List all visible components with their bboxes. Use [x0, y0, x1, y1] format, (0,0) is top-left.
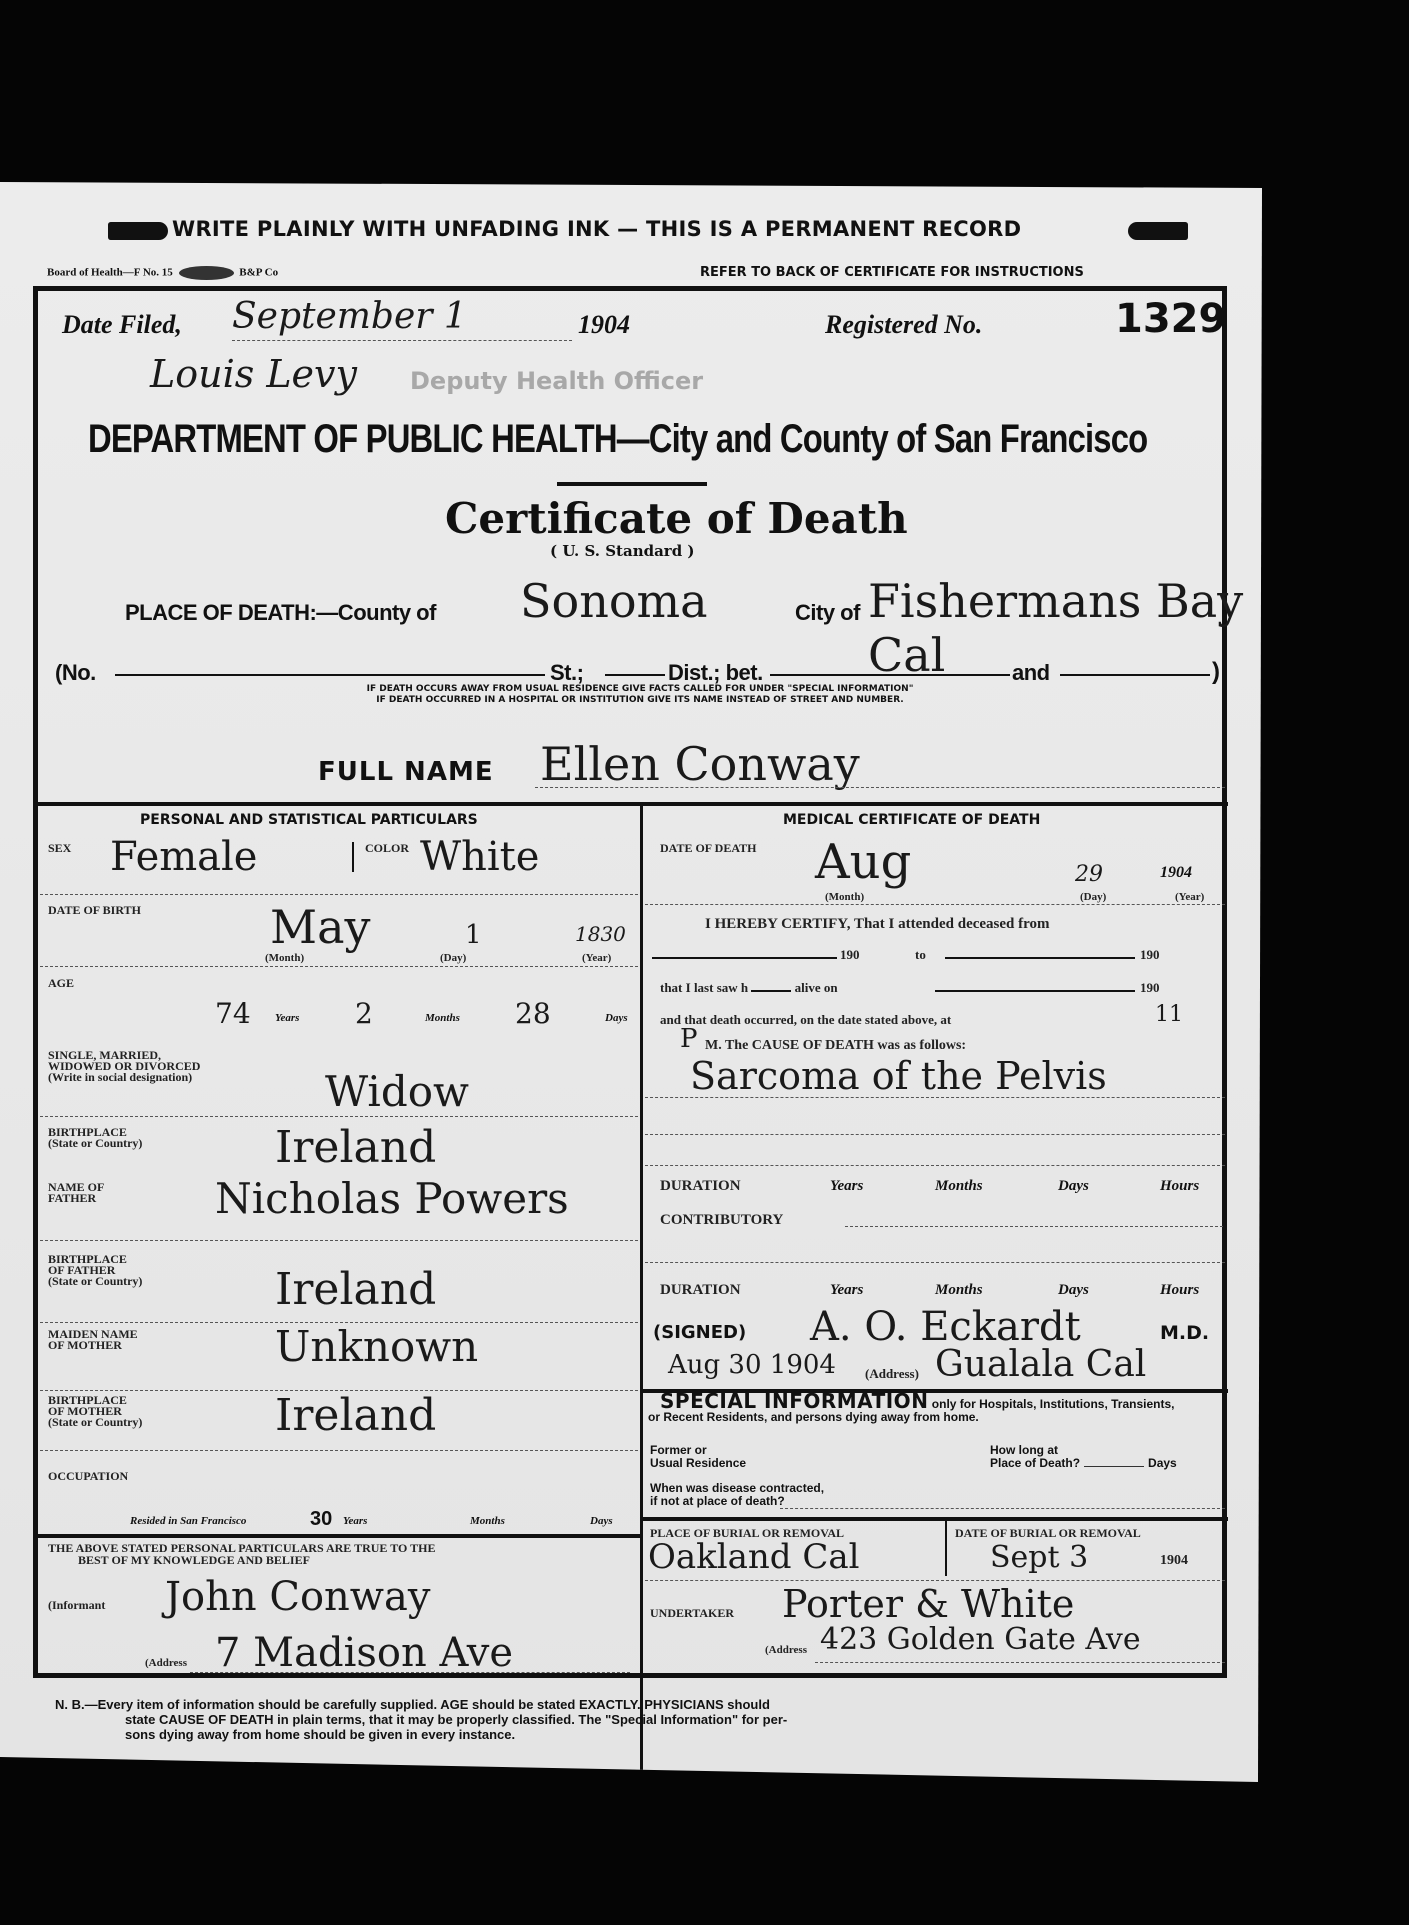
dob-label: DATE OF BIRTH: [48, 904, 141, 916]
father-birthplace-value: Ireland: [275, 1264, 436, 1315]
dod-label: DATE OF DEATH: [660, 842, 756, 854]
dob-month: May: [270, 900, 371, 954]
sex-label: SEX: [48, 842, 71, 854]
personal-heading: PERSONAL AND STATISTICAL PARTICULARS: [140, 812, 478, 828]
date-filed-year: 1904: [578, 310, 630, 340]
time-of-death: 11: [1155, 1002, 1183, 1027]
marital-label-line: (Write in social designation): [48, 1072, 200, 1083]
physician-address: Gualala Cal: [935, 1344, 1146, 1385]
special-info-note: only for Hospitals, Institutions, Transi…: [932, 1397, 1175, 1411]
standard-note: ( U. S. Standard ): [550, 542, 695, 560]
contributory-label: CONTRIBUTORY: [660, 1214, 783, 1226]
mother-name-label: MAIDEN NAME OF MOTHER: [48, 1329, 138, 1351]
full-name-label: FULL NAME: [318, 757, 494, 787]
meridiem: P: [680, 1024, 698, 1054]
footnote-line-2: state CAUSE OF DEATH in plain terms, tha…: [55, 1712, 1155, 1727]
undertaker-label: UNDERTAKER: [650, 1607, 734, 1619]
how-long-days: Days: [1148, 1456, 1177, 1470]
signed-date: Aug 30 1904: [668, 1350, 836, 1380]
officer-title: Deputy Health Officer: [410, 367, 703, 395]
father-label: NAME OF FATHER: [48, 1182, 104, 1204]
informant-label: (Informant: [48, 1599, 105, 1611]
footnote-line-1: Every item of information should be care…: [98, 1697, 770, 1712]
statement-line: BEST OF MY KNOWLEDGE AND BELIEF: [48, 1554, 435, 1566]
registered-number: 1329: [1115, 296, 1226, 342]
year-caption: (Year): [582, 952, 611, 964]
contracted-line: if not at place of death?: [650, 1495, 824, 1508]
duration-2-hours: Hours: [1160, 1282, 1199, 1299]
city-label: City of: [795, 600, 860, 626]
duration-label: DURATION: [660, 1180, 741, 1192]
undertaker-address-label: (Address: [765, 1644, 807, 1656]
duration-2-months: Months: [935, 1282, 983, 1299]
pointing-hand-right-icon: [1128, 222, 1188, 240]
footnote-prefix: N. B.—: [55, 1697, 98, 1712]
pointing-hand-left-icon: [108, 222, 168, 240]
dod-year-caption: (Year): [1175, 891, 1204, 903]
former-residence-label: Former or Usual Residence: [650, 1444, 746, 1470]
to-label: to: [915, 949, 926, 961]
dob-year: 1830: [575, 922, 626, 946]
birthplace-label-line: (State or Country): [48, 1138, 142, 1149]
informant-address-label: (Address: [145, 1657, 187, 1669]
form-number: Board of Health—F No. 15: [47, 267, 173, 279]
burial-date-value: Sept 3: [990, 1540, 1088, 1575]
how-long-line: Place of Death?Days: [990, 1457, 1177, 1470]
duration-months: Months: [935, 1178, 983, 1195]
cause-label: M. The CAUSE OF DEATH was as follows:: [705, 1040, 966, 1052]
footnote: N. B.—Every item of information should b…: [55, 1697, 1155, 1742]
district-label: Dist.; bet.: [668, 660, 763, 686]
date-filed-value: September 1: [232, 296, 467, 337]
color-value: White: [420, 834, 539, 880]
mother-birthplace-label: BIRTHPLACE OF MOTHER (State or Country): [48, 1395, 142, 1428]
seal-icon: [179, 266, 234, 280]
disease-contracted-label: When was disease contracted, if not at p…: [650, 1482, 824, 1508]
birthplace-label: BIRTHPLACE (State or Country): [48, 1127, 142, 1149]
marital-label: SINGLE, MARRIED, WIDOWED OR DIVORCED (Wr…: [48, 1050, 200, 1083]
informant-address: 7 Madison Ave: [215, 1630, 513, 1676]
age-months: 2: [355, 997, 373, 1030]
age-days-caption: Days: [605, 1012, 628, 1024]
mother-label-line: OF MOTHER: [48, 1340, 138, 1351]
mother-bp-label-line: (State or Country): [48, 1417, 142, 1428]
last-saw-text: that I last saw h: [660, 980, 748, 995]
last-saw-label: that I last saw h alive on: [660, 982, 838, 994]
city-value: Fishermans Bay Cal: [868, 574, 1262, 682]
county-value: Sonoma: [520, 574, 708, 628]
officer-signature: Louis Levy: [150, 352, 357, 396]
sex-value: Female: [110, 834, 257, 880]
form-id: Board of Health—F No. 15 B&P Co: [47, 266, 278, 280]
from-year-prefix: 190: [840, 949, 860, 961]
undertaker-address: 423 Golden Gate Ave: [820, 1622, 1141, 1657]
burial-date-label: DATE of BURIAL or REMOVAL: [955, 1527, 1141, 1539]
cause-value: Sarcoma of the Pelvis: [690, 1054, 1107, 1098]
dob-day: 1: [465, 920, 482, 950]
father-value: Nicholas Powers: [215, 1174, 569, 1223]
age-days: 28: [515, 997, 551, 1030]
dod-day: 29: [1075, 862, 1103, 887]
birthplace-value: Ireland: [275, 1122, 436, 1173]
street-label: St.;: [550, 660, 583, 686]
age-label: AGE: [48, 977, 74, 989]
duration-2-years: Years: [830, 1282, 863, 1299]
md-label: M.D.: [1160, 1322, 1209, 1344]
printer-name: B&P Co: [239, 267, 278, 279]
how-long-text: Place of Death?: [990, 1456, 1080, 1470]
footnote-line: N. B.—Every item of information should b…: [55, 1697, 1155, 1712]
mother-name-value: Unknown: [275, 1322, 478, 1371]
dod-day-caption: (Day): [1080, 891, 1106, 903]
place-of-death-label: PLACE OF DEATH:—County of: [125, 600, 436, 626]
resided-years: 30: [310, 1508, 332, 1531]
instructions-note: REFER TO BACK OF CERTIFICATE FOR INSTRUC…: [700, 265, 1084, 280]
resided-days-caption: Days: [590, 1515, 613, 1527]
physician-address-label: (Address): [865, 1368, 919, 1380]
special-info-header: SPECIAL INFORMATION only for Hospitals, …: [660, 1395, 1220, 1424]
special-info-note-2: or Recent Residents, and persons dying a…: [648, 1411, 1220, 1424]
full-name-value: Ellen Conway: [540, 737, 860, 791]
occupation-label: OCCUPATION: [48, 1470, 128, 1482]
duration-hours: Hours: [1160, 1178, 1199, 1195]
color-label: COLOR: [365, 842, 409, 854]
note-line-1: IF DEATH OCCURS AWAY FROM USUAL RESIDENC…: [195, 684, 1085, 695]
undertaker-value: Porter & White: [782, 1582, 1074, 1626]
father-label-line: FATHER: [48, 1193, 104, 1204]
informant-name: John Conway: [165, 1574, 431, 1620]
footnote-line-3: sons dying away from home should be give…: [55, 1727, 1155, 1742]
dod-month-caption: (Month): [825, 891, 864, 903]
to-year-prefix: 190: [1140, 949, 1160, 961]
informant-statement: THE ABOVE STATED PERSONAL PARTICULARS AR…: [48, 1542, 435, 1566]
duration-years: Years: [830, 1178, 863, 1195]
duration-days: Days: [1058, 1178, 1089, 1195]
certificate-title: Certificate of Death: [445, 494, 908, 543]
occurred-label: and that death occurred, on the date sta…: [660, 1014, 951, 1026]
street-no-label: (No.: [55, 660, 96, 686]
dod-month: Aug: [815, 834, 911, 890]
and-label: and: [1012, 660, 1050, 686]
how-long-label: How long at Place of Death?Days: [990, 1444, 1177, 1470]
alive-on-text: alive on: [795, 980, 838, 995]
father-bp-label-line: (State or Country): [48, 1276, 142, 1287]
burial-place-value: Oakland Cal: [648, 1537, 860, 1577]
marital-value: Widow: [325, 1067, 469, 1116]
resided-label: Resided in San Francisco: [130, 1515, 246, 1527]
duration-2-days: Days: [1058, 1282, 1089, 1299]
age-years: 74: [215, 997, 251, 1030]
month-caption: (Month): [265, 952, 304, 964]
day-caption: (Day): [440, 952, 466, 964]
residence-note: IF DEATH OCCURS AWAY FROM USUAL RESIDENC…: [195, 684, 1085, 706]
resided-years-caption: Years: [343, 1515, 367, 1527]
burial-year: 1904: [1160, 1555, 1188, 1567]
last-saw-year-prefix: 190: [1140, 982, 1160, 994]
date-filed-label: Date Filed,: [62, 310, 182, 340]
department-title: DEPARTMENT OF PUBLIC HEALTH—City and Cou…: [88, 417, 1147, 462]
note-line-2: IF DEATH OCCURRED IN A HOSPITAL OR INSTI…: [195, 695, 1085, 706]
former-label-line: Usual Residence: [650, 1457, 746, 1470]
certify-statement: I HEREBY CERTIFY, That I attended deceas…: [705, 918, 1050, 930]
resided-months-caption: Months: [470, 1515, 505, 1527]
mother-birthplace-value: Ireland: [275, 1390, 436, 1441]
duration-2-label: DURATION: [660, 1284, 741, 1296]
ink-banner: WRITE PLAINLY WITH UNFADING INK — THIS I…: [172, 217, 1122, 241]
age-years-caption: Years: [275, 1012, 299, 1024]
dod-year: 1904: [1160, 864, 1192, 882]
age-months-caption: Months: [425, 1012, 460, 1024]
certificate-paper: WRITE PLAINLY WITH UNFADING INK — THIS I…: [0, 182, 1262, 1787]
signed-label: (SIGNED): [653, 1322, 746, 1343]
registered-label: Registered No.: [825, 310, 982, 340]
father-birthplace-label: BIRTHPLACE OF FATHER (State or Country): [48, 1254, 142, 1287]
medical-heading: MEDICAL CERTIFICATE OF DEATH: [783, 812, 1040, 828]
close-paren: ): [1212, 658, 1220, 686]
